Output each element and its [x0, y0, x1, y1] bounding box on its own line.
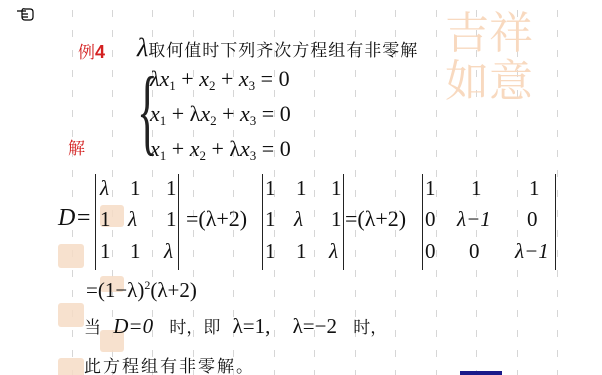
eq-var: x: [240, 136, 250, 161]
example-label: 例4: [78, 38, 105, 63]
matrix-cell: 0: [425, 239, 436, 264]
factor-2: =(λ+2): [345, 206, 406, 232]
matrix-cell: 1: [100, 239, 111, 264]
result-prefix: =(1−λ): [86, 278, 144, 302]
grid-line: [395, 10, 396, 375]
determinant-result: =(1−λ)2(λ+2): [86, 278, 197, 303]
eq-op: +: [176, 66, 199, 91]
equation-row-3: x1 + x2 + λx3 = 0: [150, 136, 291, 164]
eq-var: x: [239, 66, 249, 91]
matrix-cell: 1: [166, 207, 177, 232]
matrix-cell: 1: [296, 239, 307, 264]
eq-op: + λ: [166, 101, 200, 126]
stamp-decoration: [58, 303, 84, 327]
conclusion-value-2: λ=−2: [293, 314, 337, 338]
matrix-cell: 1: [425, 176, 436, 201]
matrix-cell: 1: [265, 207, 276, 232]
matrix-cell: λ: [164, 239, 173, 264]
example-number: 4: [95, 42, 105, 62]
matrix-cell: 1: [265, 176, 276, 201]
conclusion-line: 当 D=0 时，即 λ=1, λ=−2 时，: [84, 313, 387, 339]
matrix-cell: λ: [329, 239, 338, 264]
eq-var: x: [199, 66, 209, 91]
question-text: 取何值时下列齐次方程组有非零解: [148, 41, 418, 61]
conclusion-condition: D=0: [113, 314, 153, 338]
eq-var: x: [160, 66, 170, 91]
factor-1: =(λ+2): [186, 206, 247, 232]
eq-op: +: [217, 101, 240, 126]
eq-rhs: = 0: [255, 66, 289, 91]
matrix-cell: 0: [527, 207, 538, 232]
equation-row-2: x1 + λx2 + x3 = 0: [150, 101, 291, 129]
equation-row-1: λx1 + x2 + x3 = 0: [150, 66, 290, 94]
conclusion-when: 当: [84, 318, 101, 338]
matrix-cell: 1: [166, 176, 177, 201]
matrix-cell: 1: [331, 176, 342, 201]
matrix-cell: λ−1: [515, 239, 549, 264]
matrix-cell: 1: [529, 176, 540, 201]
example-prefix: 例: [78, 43, 95, 63]
eq-rhs: = 0: [256, 136, 290, 161]
matrix-cell: 1: [471, 176, 482, 201]
matrix-cell: 1: [331, 207, 342, 232]
determinant-matrix-3: 1 1 1 0 λ−1 0 0 0 λ−1: [422, 174, 556, 270]
eq-rhs: = 0: [256, 101, 290, 126]
question-line: λ取何值时下列齐次方程组有非零解: [137, 33, 418, 63]
eq-op: + λ: [206, 136, 240, 161]
determinant-D: D=: [58, 205, 92, 231]
slide-nav-button[interactable]: [460, 371, 502, 375]
eq-var: x: [150, 136, 160, 161]
eq-op: +: [166, 136, 189, 161]
matrix-cell: 1: [265, 239, 276, 264]
matrix-cell: 1: [100, 207, 111, 232]
eq-lambda: λ: [150, 66, 160, 91]
result-suffix: (λ+2): [150, 278, 197, 302]
conclusion-text: 时，即: [169, 318, 220, 338]
determinant-matrix-1: λ 1 1 1 λ 1 1 1 λ: [95, 174, 179, 270]
conclusion-value-1: λ=1,: [233, 314, 271, 338]
matrix-cell: λ: [128, 207, 137, 232]
watermark-seal: 吉祥如意: [445, 10, 565, 120]
final-statement: 此方程组有非零解。: [84, 352, 255, 375]
conclusion-text: 时，: [353, 318, 387, 338]
eq-var: x: [240, 101, 250, 126]
stamp-decoration: [58, 358, 84, 375]
stamp-decoration: [58, 244, 84, 268]
matrix-cell: 1: [130, 239, 141, 264]
matrix-cell: λ−1: [457, 207, 491, 232]
matrix-cell: 1: [296, 176, 307, 201]
pointing-hand-icon: [16, 6, 38, 22]
determinant-matrix-2: 1 1 1 1 λ 1 1 1 λ: [262, 174, 344, 270]
eq-op: +: [215, 66, 238, 91]
matrix-cell: 0: [469, 239, 480, 264]
watermark-text: 吉祥如意: [445, 8, 533, 107]
solution-label: 解: [68, 134, 85, 159]
eq-var: x: [200, 101, 210, 126]
matrix-cell: λ: [294, 207, 303, 232]
matrix-cell: 1: [130, 176, 141, 201]
matrix-cell: 0: [425, 207, 436, 232]
determinant-lhs: D=: [58, 205, 92, 232]
eq-var: x: [190, 136, 200, 161]
eq-var: x: [150, 101, 160, 126]
matrix-cell: λ: [100, 176, 109, 201]
